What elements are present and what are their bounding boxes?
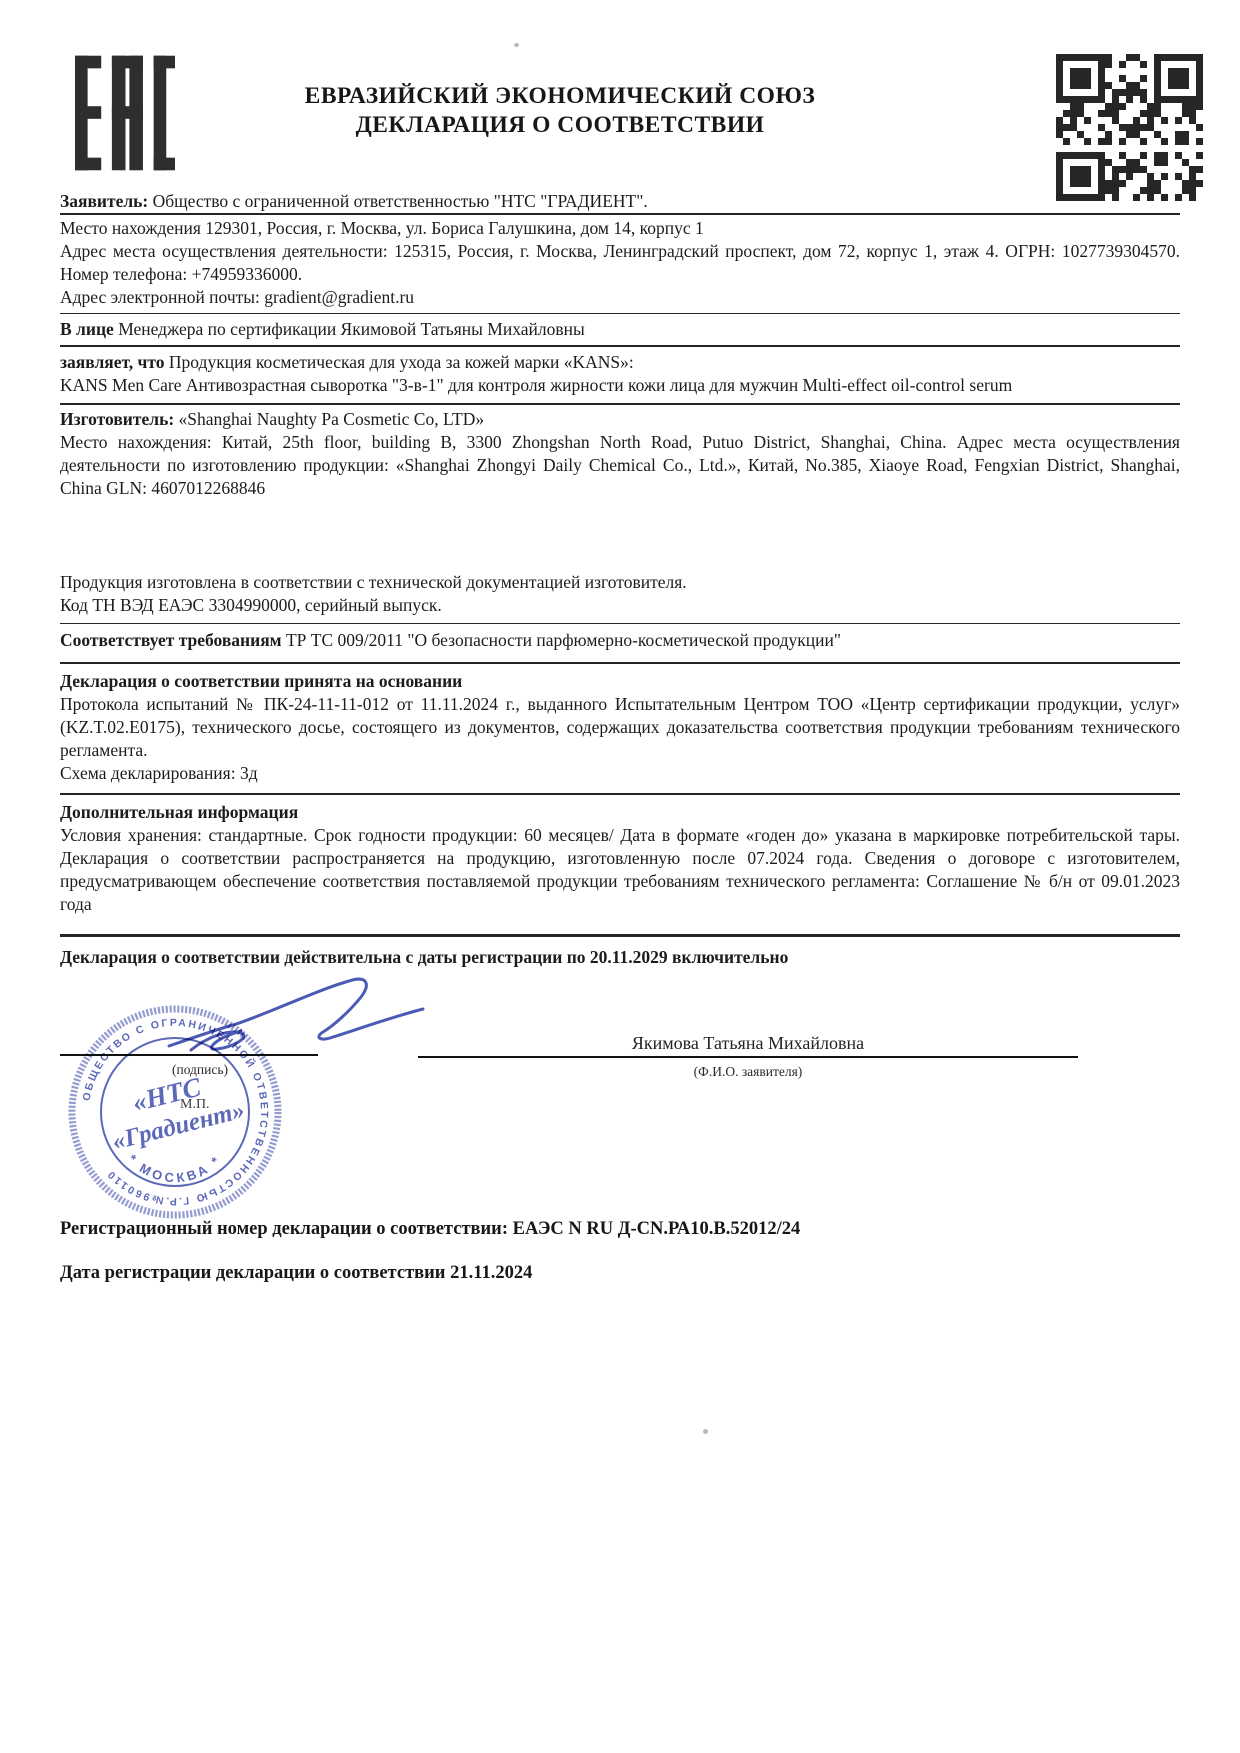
basis-heading: Декларация о соответствии принята на осн… (60, 670, 1180, 693)
scan-speck (703, 1429, 708, 1434)
tnved-line: Код ТН ВЭД ЕАЭС 3304990000, серийный вып… (60, 594, 1180, 623)
registration-date-value: 21.11.2024 (450, 1263, 532, 1283)
compliance-line: Соответствует требованиям ТР ТС 009/2011… (60, 624, 1180, 662)
fio-line (418, 1056, 1078, 1058)
svg-text:* МОСКВА *: * МОСКВА * (125, 1151, 225, 1185)
blank-gap (60, 503, 1180, 571)
applicant-label: Заявитель: (60, 191, 148, 211)
address-line: Адрес места осуществления деятельности: … (60, 240, 1180, 286)
declares-label: заявляет, что (60, 352, 165, 372)
scan-speck (514, 43, 519, 47)
in-person-label: В лице (60, 319, 114, 339)
scheme-line: Схема декларирования: 3д (60, 762, 1180, 785)
document-content: ЕВРАЗИЙСКИЙ ЭКОНОМИЧЕСКИЙ СОЮЗ ДЕКЛАРАЦИ… (60, 0, 1180, 1285)
declaration-block: заявляет, что Продукция косметическая дл… (60, 347, 1180, 403)
declaration-document: ЕВРАЗИЙСКИЙ ЭКОНОМИЧЕСКИЙ СОЮЗ ДЕКЛАРАЦИ… (0, 0, 1240, 1753)
applicant-value: Общество с ограниченной ответственностью… (153, 191, 648, 211)
registration-date-label: Дата регистрации декларации о соответств… (60, 1263, 445, 1283)
compliance-label: Соответствует требованиям (60, 630, 282, 650)
additional-heading: Дополнительная информация (60, 801, 1180, 824)
document-header: ЕВРАЗИЙСКИЙ ЭКОНОМИЧЕСКИЙ СОЮЗ ДЕКЛАРАЦИ… (60, 40, 1180, 190)
applicant-line: Заявитель: Общество с ограниченной ответ… (60, 190, 1180, 213)
registration-date-line: Дата регистрации декларации о соответств… (60, 1261, 1180, 1285)
registration-number-value: ЕАЭС N RU Д-CN.РА10.В.52012/24 (513, 1219, 801, 1239)
product-description: KANS Men Care Антивозрастная сыворотка "… (60, 374, 1180, 397)
declares-value: Продукция косметическая для ухода за кож… (169, 352, 634, 372)
additional-info-block: Дополнительная информация Условия хранен… (60, 795, 1180, 934)
in-person-value: Менеджера по сертификации Якимовой Татья… (118, 319, 585, 339)
manufacturer-value: «Shanghai Naughty Pa Cosmetic Co, LTD» (179, 409, 485, 429)
declares-line: заявляет, что Продукция косметическая дл… (60, 351, 1180, 374)
additional-body: Условия хранения: стандартные. Срок годн… (60, 824, 1180, 916)
compliance-value: ТР ТС 009/2011 "О безопасности парфюмерн… (286, 630, 841, 650)
fio-caption: (Ф.И.О. заявителя) (418, 1060, 1078, 1083)
signature-scribble (155, 974, 445, 1064)
manufacturer-label: Изготовитель: (60, 409, 174, 429)
document-title: ЕВРАЗИЙСКИЙ ЭКОНОМИЧЕСКИЙ СОЮЗ ДЕКЛАРАЦИ… (140, 82, 980, 140)
basis-block: Декларация о соответствии принята на осн… (60, 664, 1180, 793)
basis-body: Протокола испытаний № ПК-24-11-11-012 от… (60, 693, 1180, 762)
title-line2: ДЕКЛАРАЦИЯ О СООТВЕТСТВИИ (140, 111, 980, 140)
manufacturer-details: Место нахождения: Китай, 25th floor, bui… (60, 431, 1180, 500)
production-note: Продукция изготовлена в соответствии с т… (60, 571, 1180, 594)
applicant-address: Место нахождения 129301, Россия, г. Моск… (60, 215, 1180, 313)
validity-line: Декларация о соответствии действительна … (60, 937, 1180, 969)
fio-name: Якимова Татьяна Михайловна (418, 1032, 1078, 1055)
in-person-line: В лице Менеджера по сертификации Якимово… (60, 314, 1180, 345)
address-line: Место нахождения 129301, Россия, г. Моск… (60, 217, 1180, 240)
manufacturer-block: Изготовитель: «Shanghai Naughty Pa Cosme… (60, 405, 1180, 503)
signature-zone: (подпись) М.П. Якимова Татьяна Михайловн… (60, 969, 1180, 1217)
manufacturer-line: Изготовитель: «Shanghai Naughty Pa Cosme… (60, 408, 1180, 431)
stamp-city-text: * МОСКВА * (125, 1151, 225, 1185)
address-line: Адрес электронной почты: gradient@gradie… (60, 286, 1180, 309)
qr-code (1056, 54, 1203, 201)
title-line1: ЕВРАЗИЙСКИЙ ЭКОНОМИЧЕСКИЙ СОЮЗ (140, 82, 980, 111)
